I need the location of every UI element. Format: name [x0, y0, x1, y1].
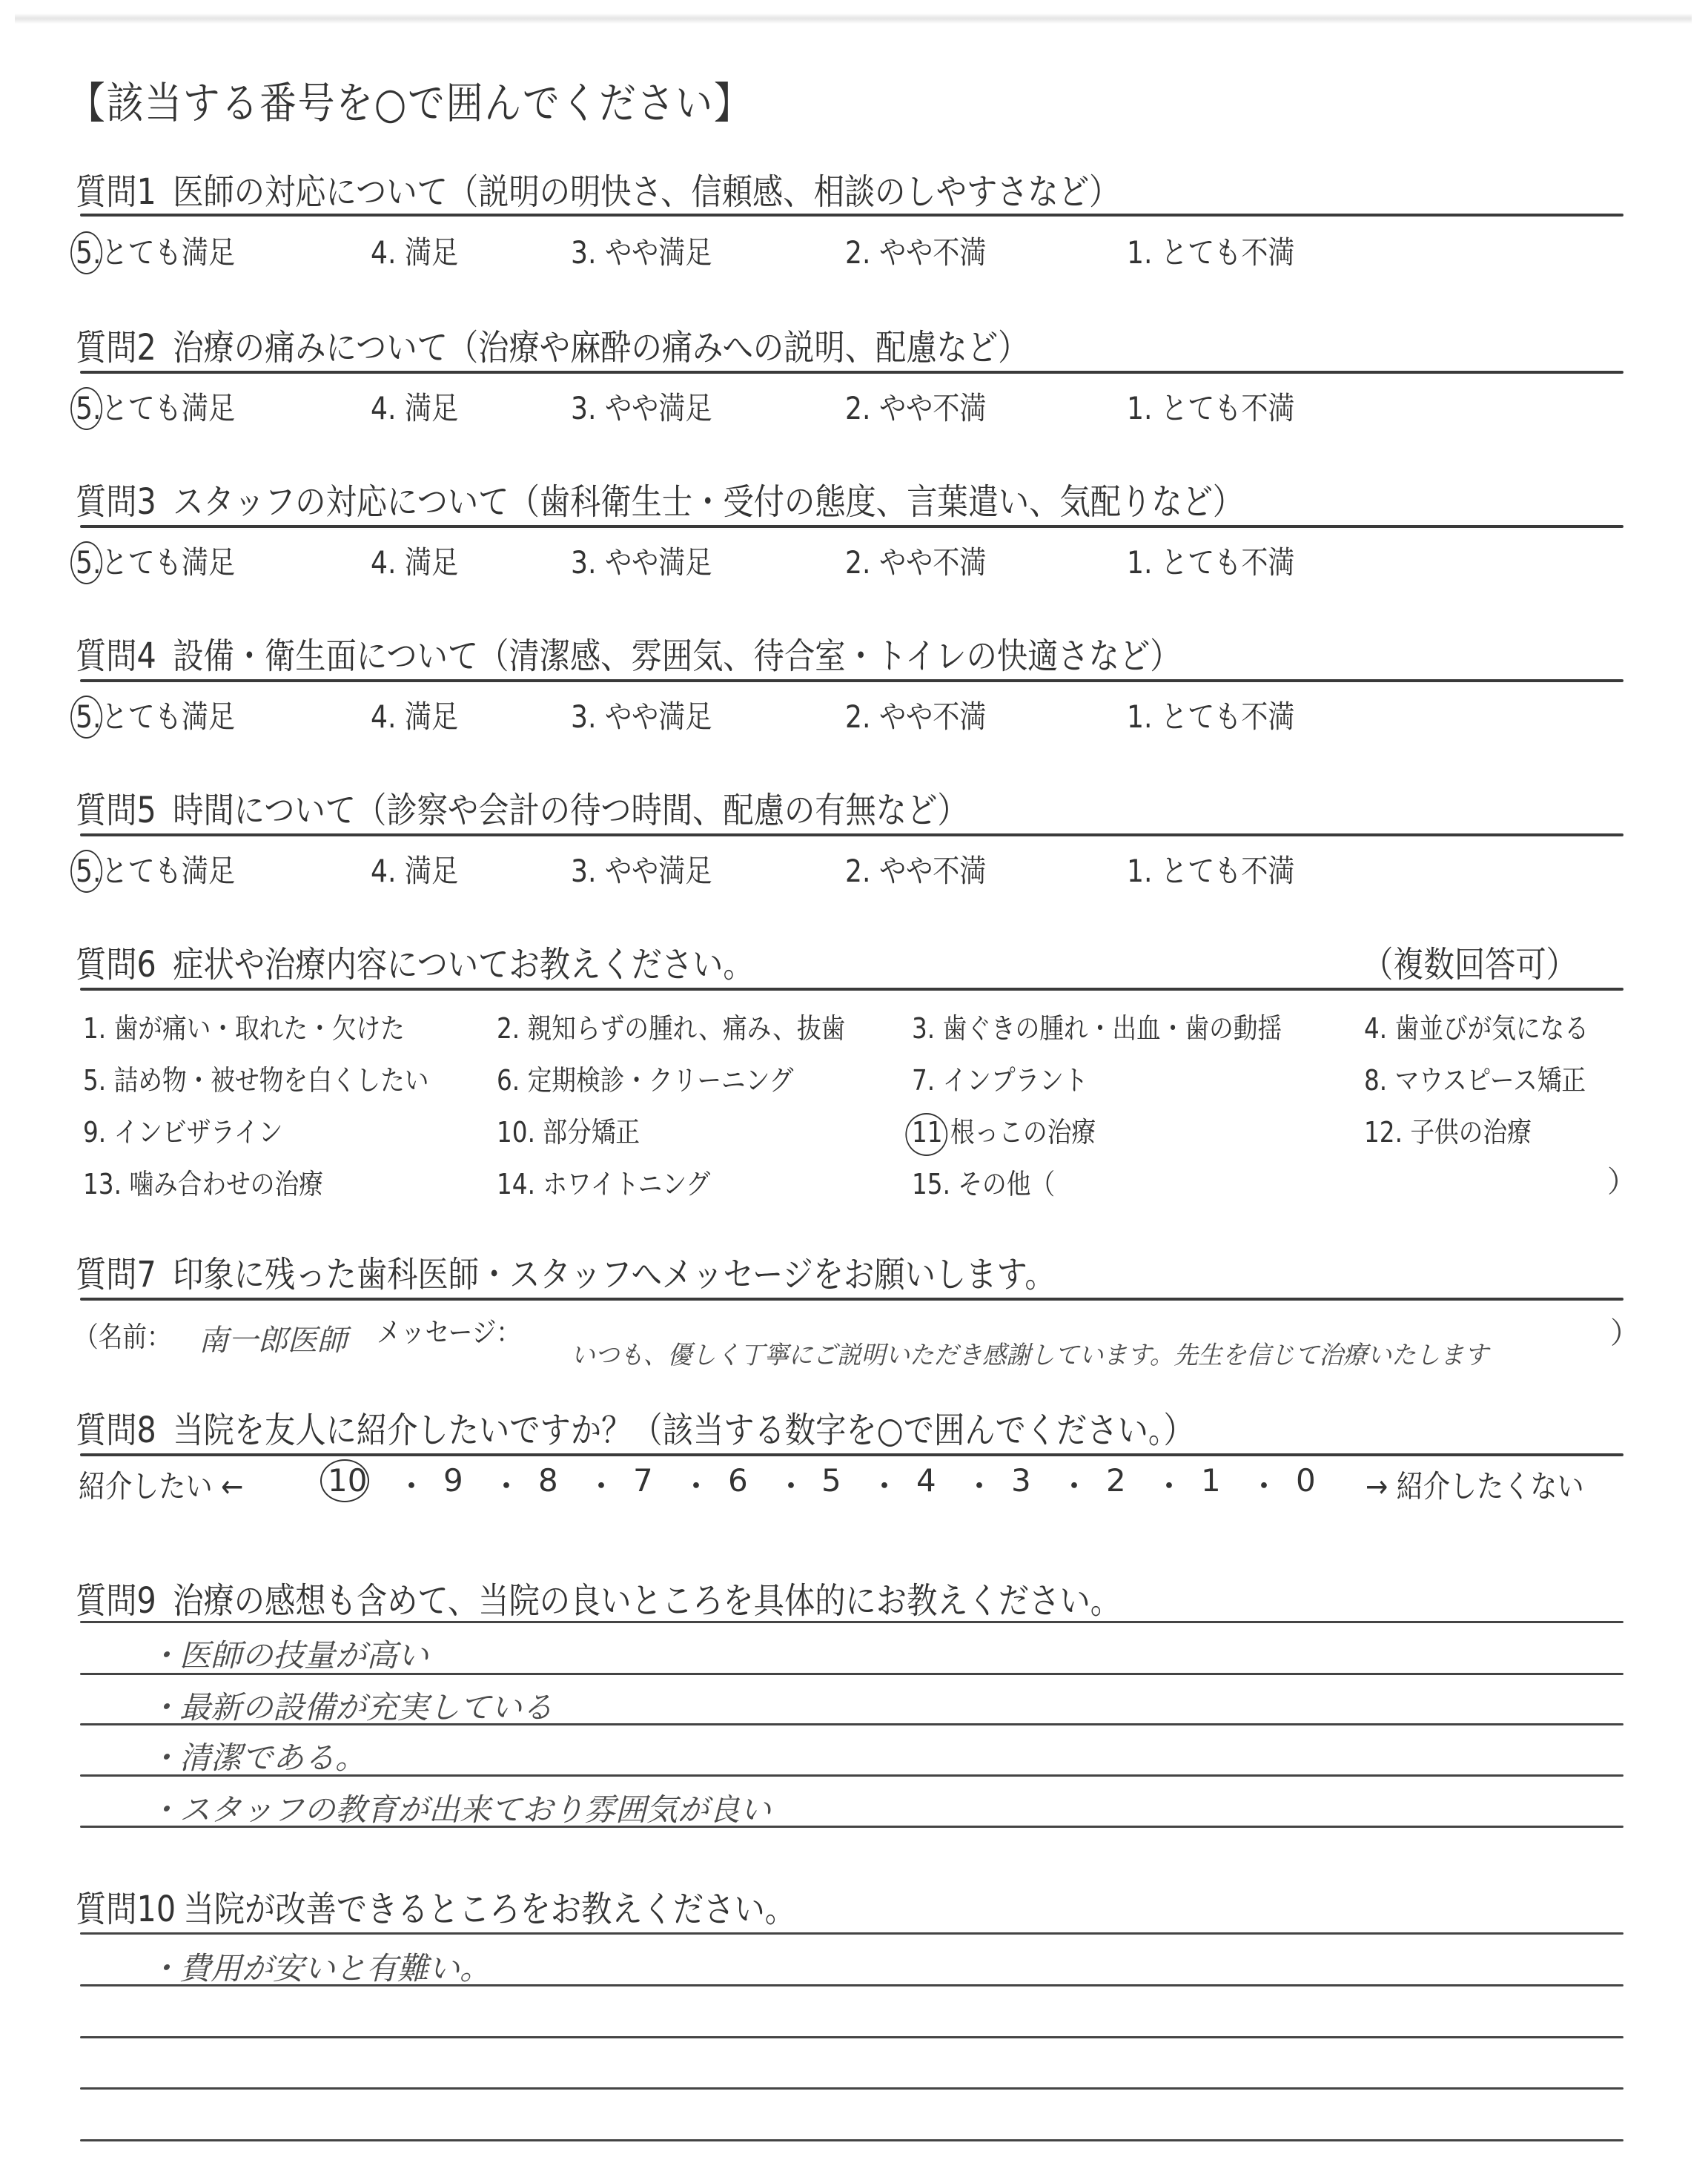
- question-text: 当院が改善できるところをお教えください。: [183, 1889, 795, 1930]
- option-4[interactable]: 4. 満足: [371, 384, 458, 429]
- option-2[interactable]: 2. やや不満: [845, 384, 986, 429]
- q6-item-4[interactable]: 4. 歯並びが気になる: [1364, 1005, 1589, 1046]
- q6-item-6[interactable]: 6. 定期検診・クリーニング: [497, 1057, 793, 1098]
- answer-line: [80, 2087, 1623, 2090]
- option-3[interactable]: 3. やや満足: [571, 538, 712, 583]
- question-3-heading: 質問3スタッフの対応について（歯科衛生士・受付の態度、言葉遣い、気配りなど）: [76, 473, 1243, 524]
- scale-left-label: 紹介したい ←: [79, 1462, 243, 1507]
- option-5[interactable]: 5.とても満足: [76, 847, 235, 891]
- divider: [80, 988, 1623, 991]
- question-2-heading: 質問2治療の痛みについて（治療や麻酔の痛みへの説明、配慮など）: [76, 319, 1028, 370]
- question-9-heading: 質問9治療の感想も含めて、当院の良いところを具体的にお教えください。: [76, 1572, 1121, 1623]
- option-1[interactable]: 1. とても不満: [1127, 847, 1295, 891]
- scale-9[interactable]: 9: [443, 1462, 463, 1499]
- q6-item-11[interactable]: 11 根っこの治療: [912, 1109, 1096, 1150]
- answer-line: [80, 1723, 1623, 1725]
- divider: [80, 525, 1623, 528]
- answer-line: [80, 1984, 1623, 1986]
- message-label: メッセージ：: [377, 1309, 520, 1350]
- scale-4[interactable]: 4: [916, 1462, 936, 1499]
- answer-line: [80, 2139, 1623, 2141]
- option-3[interactable]: 3. やや満足: [571, 228, 712, 273]
- option-1[interactable]: 1. とても不満: [1127, 384, 1295, 429]
- question-10-heading: 質問10当院が改善できるところをお教えください。: [76, 1880, 795, 1932]
- answer-line: [80, 1774, 1623, 1777]
- scale-right-label: → 紹介したくない: [1366, 1462, 1584, 1507]
- divider: [80, 1453, 1623, 1456]
- question-6-heading: 質問6症状や治療内容についてお教えください。: [76, 936, 754, 987]
- option-2[interactable]: 2. やや不満: [845, 538, 986, 583]
- question-5-heading: 質問5時間について（診察や会計の待つ時間、配慮の有無など）: [76, 782, 968, 833]
- option-3[interactable]: 3. やや満足: [571, 847, 712, 891]
- question-number: 質問3: [76, 481, 156, 523]
- question-number: 質問10: [76, 1889, 176, 1930]
- question-8-heading: 質問8当院を友人に紹介したいですか？（該当する数字を○で囲んでください。）: [76, 1401, 1194, 1453]
- q6-item-10[interactable]: 10. 部分矯正: [497, 1109, 640, 1150]
- q6-item-13[interactable]: 13. 噛み合わせの治療: [83, 1161, 323, 1202]
- question-number: 質問6: [76, 944, 156, 985]
- option-5[interactable]: 5.とても満足: [76, 538, 235, 583]
- question-text: 治療の感想も含めて、当院の良いところを具体的にお教えください。: [173, 1580, 1121, 1622]
- q6-item-8[interactable]: 8. マウスピース矯正: [1364, 1057, 1586, 1098]
- q6-item-2[interactable]: 2. 親知らずの腫れ、痛み、抜歯: [497, 1005, 845, 1046]
- scan-top-edge: [15, 13, 1692, 24]
- answer-line: [80, 1826, 1623, 1828]
- selected-circle: 5.: [76, 853, 101, 889]
- question-text: 治療の痛みについて（治療や麻酔の痛みへの説明、配慮など）: [173, 327, 1028, 369]
- question-4-heading: 質問4設備・衛生面について（清潔感、雰囲気、待合室・トイレの快適さなど）: [76, 627, 1181, 678]
- scale-8[interactable]: 8: [538, 1462, 558, 1499]
- question-number: 質問9: [76, 1580, 156, 1622]
- option-1[interactable]: 1. とても不満: [1127, 538, 1295, 583]
- q6-item-15[interactable]: 15. その他（: [912, 1161, 1055, 1202]
- message-close-paren: ）: [1610, 1309, 1640, 1352]
- option-2[interactable]: 2. やや不満: [845, 693, 986, 737]
- answer-line: [80, 1932, 1623, 1935]
- divider: [80, 679, 1623, 682]
- question-number: 質問4: [76, 635, 156, 677]
- scale-6[interactable]: 6: [728, 1462, 748, 1499]
- other-close-paren: ）: [1607, 1158, 1637, 1200]
- question-7-heading: 質問7印象に残った歯科医師・スタッフへメッセージをお願いします。: [76, 1246, 1056, 1297]
- question-text: 医師の対応について（説明の明快さ、信頼感、相談のしやすさなど）: [173, 171, 1119, 213]
- q6-item-14[interactable]: 14. ホワイトニング: [497, 1161, 710, 1202]
- selected-circle: 11: [912, 1116, 943, 1149]
- scale-3[interactable]: 3: [1011, 1462, 1031, 1499]
- option-4[interactable]: 4. 満足: [371, 847, 458, 891]
- scale-10-selected[interactable]: 10: [328, 1462, 367, 1499]
- option-4[interactable]: 4. 満足: [371, 538, 458, 583]
- question-number: 質問8: [76, 1410, 156, 1451]
- selected-circle: 5.: [76, 390, 101, 426]
- divider: [80, 1298, 1623, 1301]
- q6-item-7[interactable]: 7. インプラント: [912, 1057, 1088, 1098]
- q6-item-3[interactable]: 3. 歯ぐきの腫れ・出血・歯の動揺: [912, 1005, 1282, 1046]
- message-value[interactable]: いつも、優しく丁寧にご説明いただき感謝しています。先生を信じて治療いたします: [571, 1335, 1489, 1371]
- question-number: 質問7: [76, 1254, 156, 1295]
- scale-7[interactable]: 7: [633, 1462, 653, 1499]
- option-1[interactable]: 1. とても不満: [1127, 693, 1295, 737]
- question-number: 質問2: [76, 327, 156, 369]
- q9-answer-4[interactable]: ・スタッフの教育が出来ており雰囲気が良い: [148, 1786, 771, 1830]
- multiple-answer-note: （複数回答可）: [1363, 936, 1577, 987]
- question-1-heading: 質問1医師の対応について（説明の明快さ、信頼感、相談のしやすさなど）: [76, 163, 1119, 214]
- option-5[interactable]: 5.とても満足: [76, 693, 235, 737]
- q9-answer-1[interactable]: ・医師の技量が高い: [148, 1631, 428, 1676]
- question-text: 印象に残った歯科医師・スタッフへメッセージをお願いします。: [173, 1254, 1056, 1295]
- question-number: 質問5: [76, 790, 156, 831]
- scale-0[interactable]: 0: [1296, 1462, 1316, 1499]
- option-2[interactable]: 2. やや不満: [845, 228, 986, 273]
- divider: [80, 833, 1623, 836]
- selected-circle: 5.: [76, 234, 101, 271]
- q10-answer-1[interactable]: ・費用が安いと有難い。: [148, 1944, 491, 1989]
- question-text: 当院を友人に紹介したいですか？（該当する数字を○で囲んでください。）: [173, 1410, 1194, 1451]
- option-2[interactable]: 2. やや不満: [845, 847, 986, 891]
- scale-5[interactable]: 5: [821, 1462, 841, 1499]
- scale-2[interactable]: 2: [1106, 1462, 1126, 1499]
- page-title: 【該当する番号を○で囲んでください】: [68, 68, 752, 131]
- option-4[interactable]: 4. 満足: [371, 693, 458, 737]
- q6-item-9[interactable]: 9. インビザライン: [83, 1109, 282, 1150]
- name-label: （名前：: [74, 1314, 171, 1355]
- divider: [80, 214, 1623, 217]
- question-number: 質問1: [76, 171, 156, 213]
- name-value[interactable]: 南一郎医師: [199, 1317, 347, 1359]
- q9-answer-3[interactable]: ・清潔である。: [148, 1734, 366, 1778]
- answer-line: [80, 1621, 1623, 1623]
- answer-line: [80, 2036, 1623, 2038]
- option-3[interactable]: 3. やや満足: [571, 384, 712, 429]
- q9-answer-2[interactable]: ・最新の設備が充実している: [148, 1683, 553, 1728]
- selected-circle: 5.: [76, 544, 101, 581]
- option-5[interactable]: 5.とても満足: [76, 384, 235, 429]
- question-text: 設備・衛生面について（清潔感、雰囲気、待合室・トイレの快適さなど）: [173, 635, 1180, 677]
- question-text: 症状や治療内容についてお教えください。: [173, 944, 754, 985]
- option-4[interactable]: 4. 満足: [371, 228, 458, 273]
- question-text: スタッフの対応について（歯科衛生士・受付の態度、言葉遣い、気配りなど）: [173, 481, 1243, 523]
- question-text: 時間について（診察や会計の待つ時間、配慮の有無など）: [173, 790, 967, 831]
- q6-item-1[interactable]: 1. 歯が痛い・取れた・欠けた: [83, 1005, 405, 1046]
- scale-1[interactable]: 1: [1201, 1462, 1221, 1499]
- option-3[interactable]: 3. やや満足: [571, 693, 712, 737]
- q6-item-12[interactable]: 12. 子供の治療: [1364, 1109, 1532, 1150]
- answer-line: [80, 1673, 1623, 1675]
- divider: [80, 371, 1623, 374]
- selected-circle: 5.: [76, 698, 101, 735]
- option-1[interactable]: 1. とても不満: [1127, 228, 1295, 273]
- q6-item-5[interactable]: 5. 詰め物・被せ物を白くしたい: [83, 1057, 428, 1098]
- option-5[interactable]: 5.とても満足: [76, 228, 235, 273]
